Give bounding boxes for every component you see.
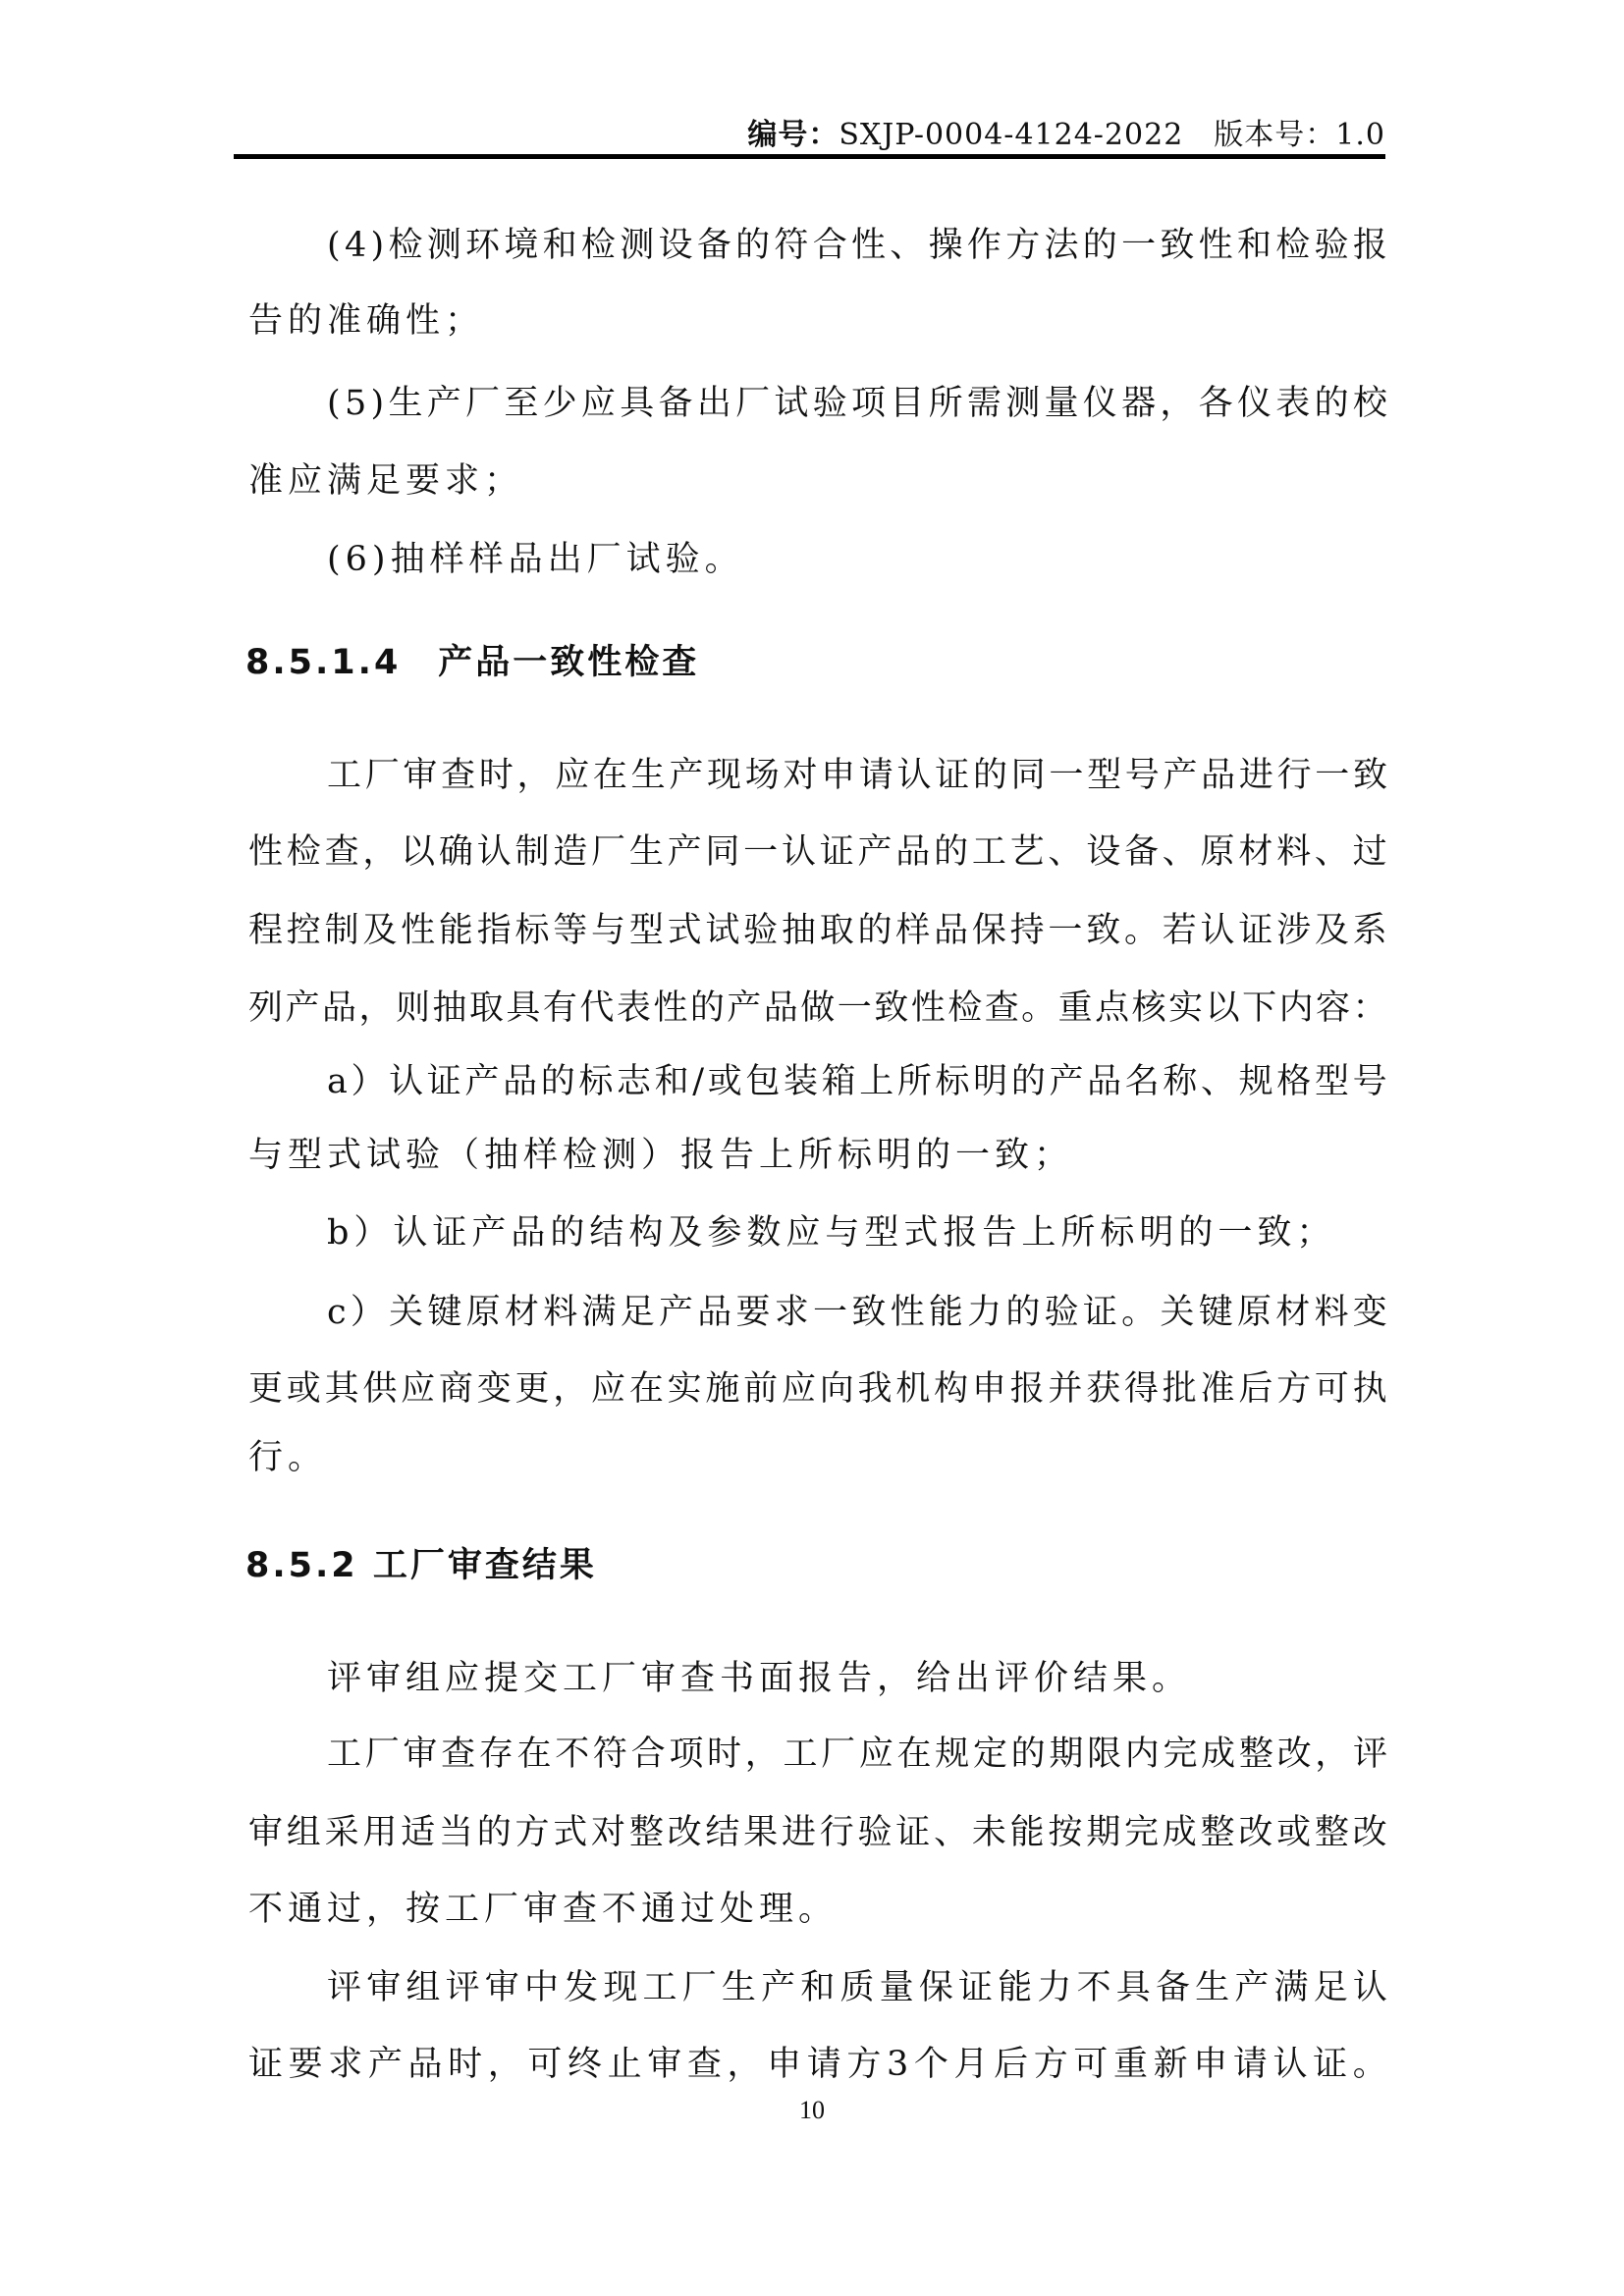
results-para-2-line-3: 不通过，按工厂审查不通过处理。 [248,1888,1387,1931]
results-para-3-line-1: 评审组评审中发现工厂生产和质量保证能力不具备生产满足认 [327,1966,1387,2009]
page-number: 10 [0,2095,1624,2126]
list-item-6-line-1: (6)抽样样品出厂试验。 [327,538,1387,581]
check-item-c-line-3: 行。 [248,1436,1387,1479]
check-item-a-line-2: 与型式试验（抽样检测）报告上所标明的一致； [248,1134,1387,1177]
list-item-5-line-2: 准应满足要求； [248,459,1387,503]
document-page: 编号：SXJP-0004-4124-2022 版本号：1.0 (4)检测环境和检… [0,0,1624,2296]
section-heading-852: 8.5.2 工厂审查结果 [245,1544,597,1587]
code-value: SXJP-0004-4124-2022 [839,118,1183,152]
results-para-3-line-2: 证要求产品时，可终止审查，申请方3个月后方可重新申请认证。 [248,2043,1387,2086]
code-label: 编号： [747,118,839,152]
check-item-a-line-1: a）认证产品的标志和/或包装箱上所标明的产品名称、规格型号 [327,1060,1387,1103]
version-value: 1.0 [1335,118,1385,152]
list-item-4-line-2: 告的准确性； [248,299,1387,343]
section-heading-8514: 8.5.1.4 产品一致性检查 [245,641,699,684]
list-item-4-line-1: (4)检测环境和检测设备的符合性、操作方法的一致性和检验报 [327,224,1387,267]
results-para-2-line-2: 审组采用适当的方式对整改结果进行验证、未能按期完成整改或整改 [248,1811,1387,1854]
document-header: 编号：SXJP-0004-4124-2022 版本号：1.0 [747,116,1385,155]
header-divider [234,154,1385,159]
results-para-1-line-1: 评审组应提交工厂审查书面报告，给出评价结果。 [327,1657,1387,1700]
consistency-para-line-1: 工厂审查时，应在生产现场对申请认证的同一型号产品进行一致 [327,754,1387,797]
consistency-para-line-4: 列产品，则抽取具有代表性的产品做一致性检查。重点核实以下内容： [248,987,1387,1030]
results-para-2-line-1: 工厂审查存在不符合项时，工厂应在规定的期限内完成整改，评 [327,1733,1387,1776]
consistency-para-line-2: 性检查，以确认制造厂生产同一认证产品的工艺、设备、原材料、过 [248,830,1387,874]
list-item-5-line-1: (5)生产厂至少应具备出厂试验项目所需测量仪器，各仪表的校 [327,382,1387,425]
check-item-c-line-2: 更或其供应商变更，应在实施前应向我机构申报并获得批准后方可执 [248,1367,1387,1411]
consistency-para-line-3: 程控制及性能指标等与型式试验抽取的样品保持一致。若认证涉及系 [248,909,1387,952]
version-label: 版本号： [1214,118,1335,152]
check-item-b-line-1: b）认证产品的结构及参数应与型式报告上所标明的一致； [327,1211,1387,1255]
check-item-c-line-1: c）关键原材料满足产品要求一致性能力的验证。关键原材料变 [327,1291,1387,1334]
